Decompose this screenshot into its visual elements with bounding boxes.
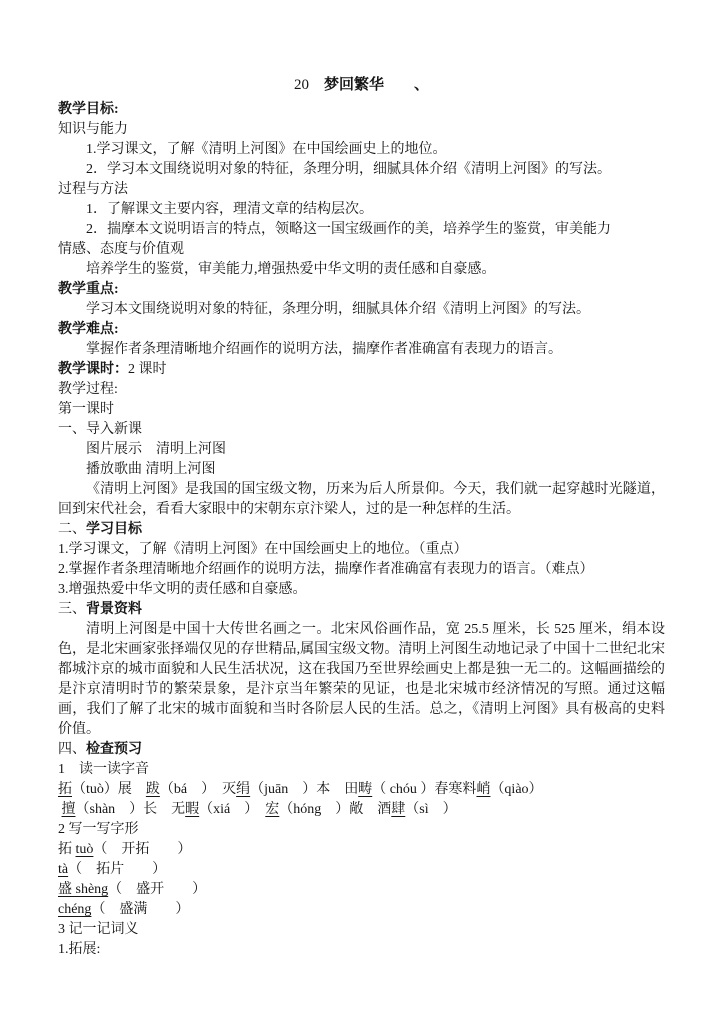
text-segment: 峭 bbox=[476, 782, 490, 797]
heading-teaching-difficulty: 教学难点: bbox=[58, 320, 665, 340]
text-segment: 背景资料 bbox=[86, 602, 142, 617]
text-segment: （tuò）展 bbox=[72, 782, 146, 797]
text-segment: （shàn ）长 无 bbox=[76, 802, 186, 817]
text-segment: 情感、态度与价值观 bbox=[58, 242, 184, 257]
text-segment: 教学过程: bbox=[58, 382, 118, 397]
text-segment: （bá ） 灭 bbox=[160, 782, 236, 797]
label-process-method: 过程与方法 bbox=[58, 180, 665, 200]
text-segment: 绢 bbox=[236, 782, 250, 797]
method-item-1: 1．了解课文主要内容，理清文章的结构层次。 bbox=[58, 200, 665, 220]
focus-text: 学习本文围绕说明对象的特征，条理分明，细腻具体介绍《清明上河图》的写法。 bbox=[58, 300, 665, 320]
text-segment: 2.掌握作者条理清晰地介绍画作的说明方法，揣摩作者准确富有表现力的语言。（难点） bbox=[58, 562, 594, 577]
text-segment: 四、 bbox=[58, 742, 86, 757]
text-segment: （ 拓片 ） bbox=[68, 862, 166, 877]
text-segment: 掌握作者条理清晰地介绍画作的说明方法，揣摩作者准确富有表现力的语言。 bbox=[86, 342, 562, 357]
label-knowledge-ability: 知识与能力 bbox=[58, 120, 665, 140]
text-segment: 2．揣摩本文说明语言的特点，领略这一国宝级画作的美，培养学生的鉴赏，审美能力 bbox=[86, 222, 611, 237]
learning-goal-item-3: 3.增强热爱中华文明的责任感和自豪感。 bbox=[58, 580, 665, 600]
text-segment: 一、导入新课 bbox=[58, 422, 142, 437]
text-segment: 梦回繁华 bbox=[324, 77, 384, 93]
lead-in-paragraph: 《清明上河图》是我国的国宝级文物，历来为后人所景仰。今天，我们就一起穿越时光隧道… bbox=[58, 480, 665, 520]
text-segment: 1 读一读字音 bbox=[58, 762, 149, 777]
text-segment: 、 bbox=[384, 77, 429, 93]
text-segment: 拓 bbox=[58, 782, 72, 797]
text-segment: 2 课时 bbox=[128, 362, 167, 377]
label-emotion-values: 情感、态度与价值观 bbox=[58, 240, 665, 260]
text-segment: （ chóu ）春寒料 bbox=[372, 782, 476, 797]
text-segment: （juān ）本 田 bbox=[250, 782, 358, 797]
word-meaning-item-1: 1.拓展: bbox=[58, 940, 665, 960]
text-segment: 20 bbox=[294, 77, 324, 93]
text-segment: 学习本文围绕说明对象的特征，条理分明，细腻具体介绍《清明上河图》的写法。 bbox=[86, 302, 590, 317]
doc-title: 20 梦回繁华 、 bbox=[58, 75, 665, 95]
learning-goal-item-1: 1.学习课文，了解《清明上河图》在中国绘画史上的地位。（重点） bbox=[58, 540, 665, 560]
section-1-lead-in: 一、导入新课 bbox=[58, 420, 665, 440]
background-paragraph: 清明上河图是中国十大传世名画之一。北宋风俗画作品，宽 25.5 厘米，长 525… bbox=[58, 620, 665, 740]
text-segment: 教学课时： bbox=[58, 362, 128, 377]
text-segment: 擅 bbox=[62, 802, 76, 817]
subsection-glyphs: 2 写一写字形 bbox=[58, 820, 665, 840]
text-segment: 播放歌曲 清明上河图 bbox=[86, 462, 216, 477]
lead-in-picture: 图片展示 清明上河图 bbox=[58, 440, 665, 460]
heading-teaching-goals: 教学目标: bbox=[58, 100, 665, 120]
text-segment: 盛 shèng bbox=[58, 882, 108, 897]
document-page: 20 梦回繁华 、教学目标:知识与能力1.学习课文，了解《清明上河图》在中国绘画… bbox=[58, 75, 665, 960]
glyph-line-1: 拓 tuò（ 开拓 ） bbox=[58, 840, 665, 860]
text-segment: 教学重点: bbox=[58, 282, 119, 297]
label-first-period: 第一课时 bbox=[58, 400, 665, 420]
text-segment: 2．学习本文围绕说明对象的特征，条理分明，细腻具体介绍《清明上河图》的写法。 bbox=[86, 162, 611, 177]
text-segment: 教学难点: bbox=[58, 322, 119, 337]
lead-in-song: 播放歌曲 清明上河图 bbox=[58, 460, 665, 480]
text-segment: chéng bbox=[58, 902, 91, 917]
text-segment: 《清明上河图》是我国的国宝级文物，历来为后人所景仰。今天，我们就一起穿越时光隧道… bbox=[58, 482, 665, 517]
text-segment: tà bbox=[58, 862, 68, 877]
text-segment: 1.学习课文，了解《清明上河图》在中国绘画史上的地位。 bbox=[86, 142, 447, 157]
text-segment: （hóng ）敞 酒 bbox=[279, 802, 391, 817]
text-segment: 3.增强热爱中华文明的责任感和自豪感。 bbox=[58, 582, 307, 597]
heading-class-hours: 教学课时：2 课时 bbox=[58, 360, 665, 380]
text-segment: 2 写一写字形 bbox=[58, 822, 139, 837]
text-segment: 学习目标 bbox=[86, 522, 142, 537]
text-segment: 教学目标: bbox=[58, 102, 119, 117]
goal-item-2: 2．学习本文围绕说明对象的特征，条理分明，细腻具体介绍《清明上河图》的写法。 bbox=[58, 160, 665, 180]
subsection-pronunciation: 1 读一读字音 bbox=[58, 760, 665, 780]
text-segment: 跋 bbox=[146, 782, 160, 797]
text-segment: 清明上河图是中国十大传世名画之一。北宋风俗画作品，宽 25.5 厘米，长 525… bbox=[58, 622, 665, 737]
text-segment: 第一课时 bbox=[58, 402, 114, 417]
pinyin-line-1: 拓（tuò）展 跋（bá ） 灭绢（juān ）本 田畴（ chóu ）春寒料峭… bbox=[58, 780, 665, 800]
text-segment: 畴 bbox=[358, 782, 372, 797]
text-segment: （ 开拓 ） bbox=[93, 842, 191, 857]
text-segment: 二、 bbox=[58, 522, 86, 537]
text-segment: 拓 bbox=[58, 842, 76, 857]
glyph-line-2: tà（ 拓片 ） bbox=[58, 860, 665, 880]
learning-goal-item-2: 2.掌握作者条理清晰地介绍画作的说明方法，揣摩作者准确富有表现力的语言。（难点） bbox=[58, 560, 665, 580]
difficulty-text: 掌握作者条理清晰地介绍画作的说明方法，揣摩作者准确富有表现力的语言。 bbox=[58, 340, 665, 360]
section-4-preview-check: 四、检查预习 bbox=[58, 740, 665, 760]
method-item-2: 2．揣摩本文说明语言的特点，领略这一国宝级画作的美，培养学生的鉴赏，审美能力 bbox=[58, 220, 665, 240]
glyph-line-4: chéng（ 盛满 ） bbox=[58, 900, 665, 920]
text-segment: 暇 bbox=[185, 802, 199, 817]
text-segment: 1．了解课文主要内容，理清文章的结构层次。 bbox=[86, 202, 373, 217]
text-segment: 1.学习课文，了解《清明上河图》在中国绘画史上的地位。（重点） bbox=[58, 542, 468, 557]
text-segment: （qiào） bbox=[490, 782, 542, 797]
text-segment: tuò bbox=[76, 842, 94, 857]
text-segment: 知识与能力 bbox=[58, 122, 128, 137]
goal-item-1: 1.学习课文，了解《清明上河图》在中国绘画史上的地位。 bbox=[58, 140, 665, 160]
text-segment: （ 盛满 ） bbox=[91, 902, 189, 917]
pinyin-line-2: 擅（shàn ）长 无暇（xiá ） 宏（hóng ）敞 酒肆（sì ） bbox=[58, 800, 665, 820]
text-segment: （ 盛开 ） bbox=[108, 882, 206, 897]
glyph-line-3: 盛 shèng（ 盛开 ） bbox=[58, 880, 665, 900]
label-teaching-process: 教学过程: bbox=[58, 380, 665, 400]
text-segment: 1.拓展: bbox=[58, 942, 100, 957]
text-segment: 图片展示 清明上河图 bbox=[86, 442, 226, 457]
section-2-learning-goals: 二、学习目标 bbox=[58, 520, 665, 540]
text-segment: 肆 bbox=[391, 802, 405, 817]
text-segment: 检查预习 bbox=[86, 742, 142, 757]
text-segment: 过程与方法 bbox=[58, 182, 128, 197]
subsection-word-meaning: 3 记一记词义 bbox=[58, 920, 665, 940]
text-segment: （sì ） bbox=[405, 802, 456, 817]
text-segment: （xiá ） bbox=[199, 802, 265, 817]
text-segment: 三、 bbox=[58, 602, 86, 617]
values-text: 培养学生的鉴赏，审美能力,增强热爱中华文明的责任感和自豪感。 bbox=[58, 260, 665, 280]
text-segment: 培养学生的鉴赏，审美能力,增强热爱中华文明的责任感和自豪感。 bbox=[86, 262, 496, 277]
section-3-background: 三、背景资料 bbox=[58, 600, 665, 620]
heading-teaching-focus: 教学重点: bbox=[58, 280, 665, 300]
text-segment: 宏 bbox=[265, 802, 279, 817]
text-segment: 3 记一记词义 bbox=[58, 922, 139, 937]
